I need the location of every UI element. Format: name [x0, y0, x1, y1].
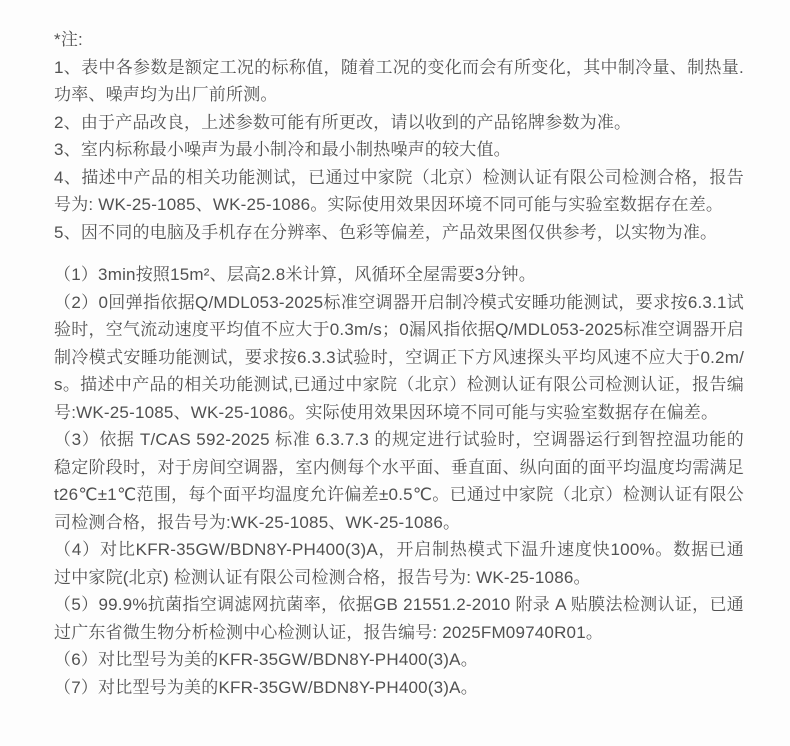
footnote-item-6: （6）对比型号为美的KFR-35GW/BDN8Y-PH400(3)A。	[54, 646, 744, 674]
footnote-item-3: （3）依据 T/CAS 592-2025 标准 6.3.7.3 的规定进行试验时…	[54, 426, 744, 536]
note-item-4: 4、描述中产品的相关功能测试，已通过中家院（北京）检测认证有限公司检测合格，报告…	[54, 164, 744, 219]
notes-section: *注: 1、表中各参数是额定工况的标称值，随着工况的变化而会有所变化，其中制冷量…	[54, 26, 744, 246]
footnote-item-5: （5）99.9%抗菌指空调滤网抗菌率，依据GB 21551.2-2010 附录 …	[54, 591, 744, 646]
footnote-item-4: （4）对比KFR-35GW/BDN8Y-PH400(3)A，开启制热模式下温升速…	[54, 536, 744, 591]
footnote-item-1: （1）3min按照15m²、层高2.8米计算，风循环全屋需要3分钟。	[54, 261, 744, 289]
footnote-item-7: （7）对比型号为美的KFR-35GW/BDN8Y-PH400(3)A。	[54, 674, 744, 702]
footnote-item-2: （2）0回弹指依据Q/MDL053-2025标准空调器开启制冷模式安睡功能测试，…	[54, 289, 744, 427]
note-item-3: 3、室内标称最小噪声为最小制冷和最小制热噪声的较大值。	[54, 136, 744, 164]
notes-title: *注:	[54, 26, 744, 54]
footnotes-section: （1）3min按照15m²、层高2.8米计算，风循环全屋需要3分钟。 （2）0回…	[54, 261, 744, 701]
product-notes-page: *注: 1、表中各参数是额定工况的标称值，随着工况的变化而会有所变化，其中制冷量…	[0, 0, 790, 746]
note-item-5: 5、因不同的电脑及手机存在分辨率、色彩等偏差，产品效果图仅供参考，以实物为准。	[54, 219, 744, 247]
note-item-2: 2、由于产品改良，上述参数可能有所更改，请以收到的产品铭牌参数为准。	[54, 109, 744, 137]
note-item-1: 1、表中各参数是额定工况的标称值，随着工况的变化而会有所变化，其中制冷量、制热量…	[54, 54, 744, 109]
